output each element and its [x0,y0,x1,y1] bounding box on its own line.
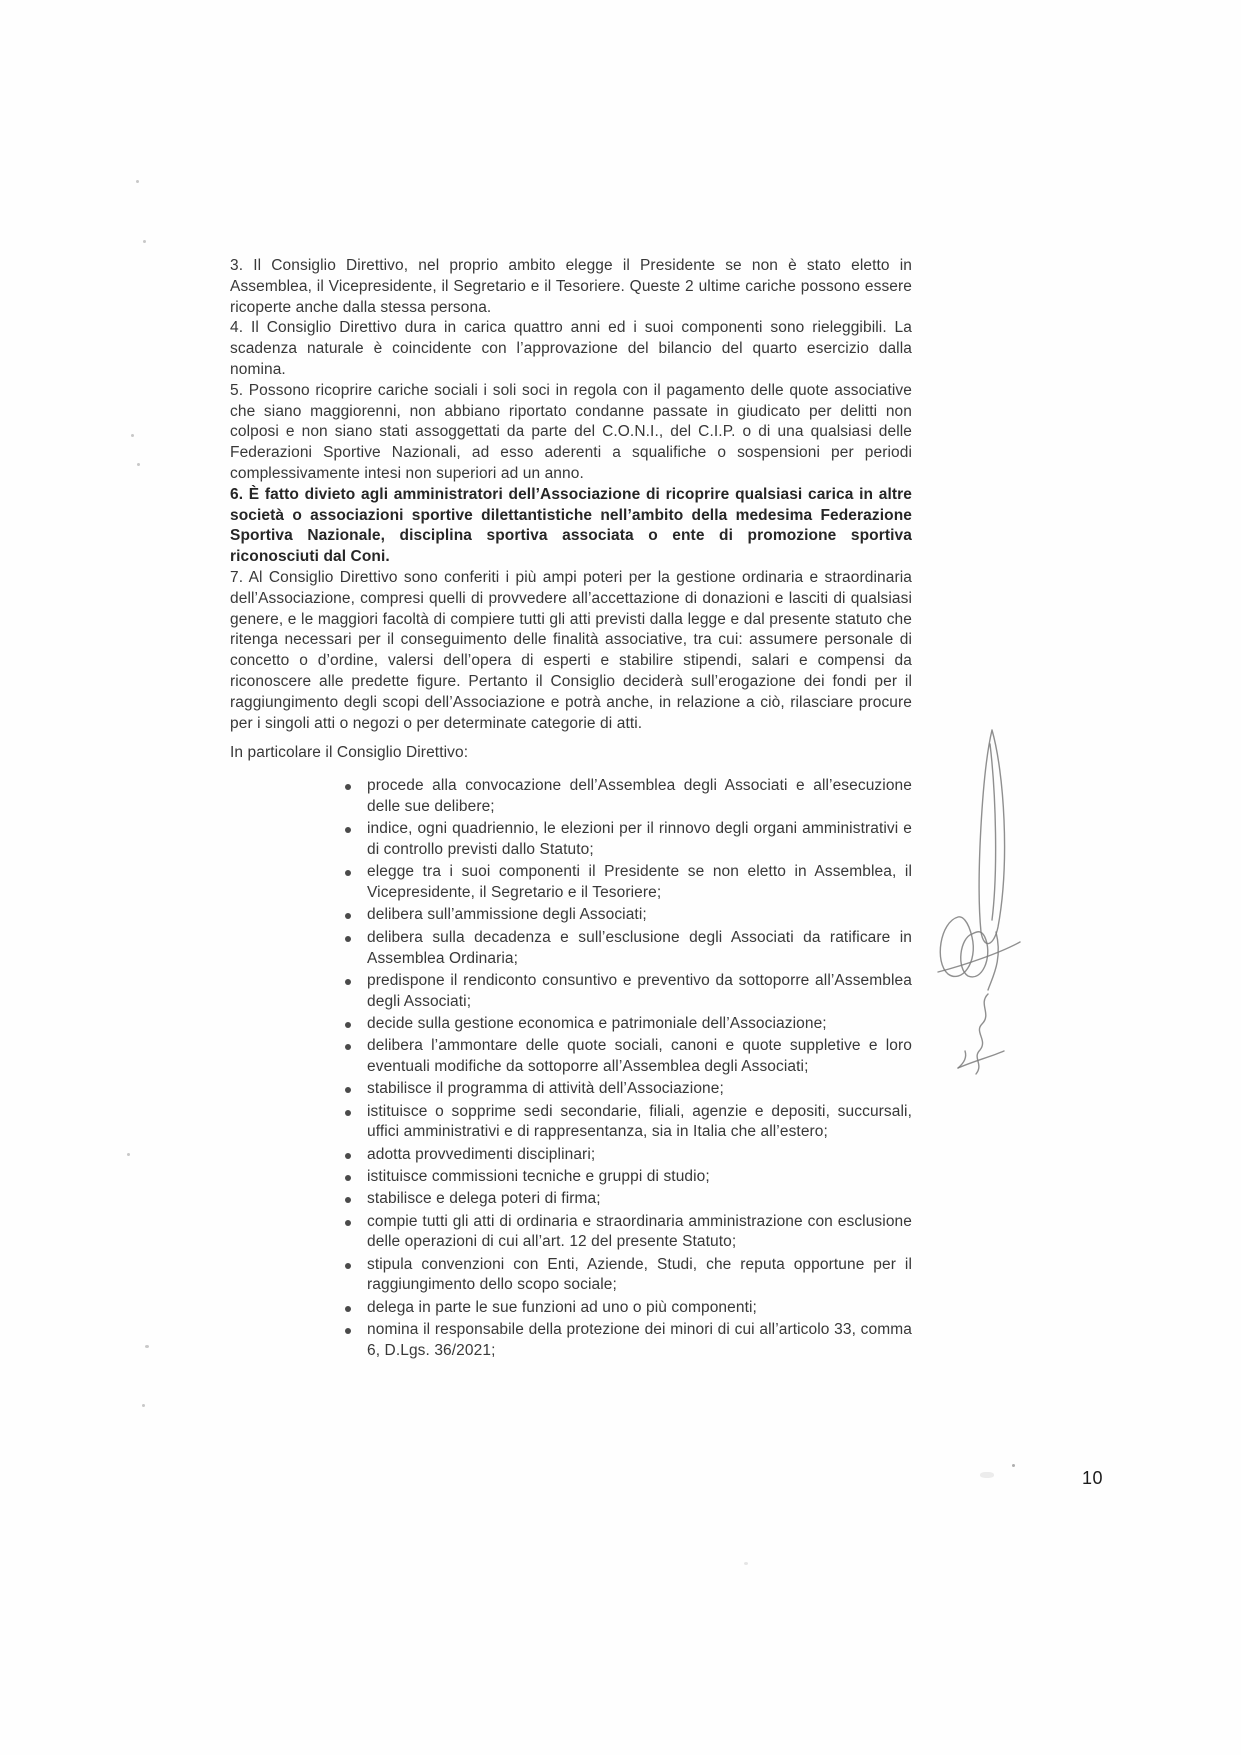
bullet-icon [345,870,351,876]
duty-item: predispone il rendiconto consuntivo e pr… [342,971,912,1013]
scanned-statute-page: 3. Il Consiglio Direttivo, nel proprio a… [0,0,1241,1755]
duty-item: adotta provvedimenti disciplinari; [342,1145,912,1166]
scan-artifact [127,1153,130,1156]
duty-item: delibera l’ammontare delle quote sociali… [342,1036,912,1078]
duty-text: procede alla convocazione dell’Assemblea… [367,777,912,815]
duty-text: stabilisce e delega poteri di firma; [367,1190,601,1207]
scan-artifact [142,1404,145,1407]
duty-item: stipula convenzioni con Enti, Aziende, S… [342,1255,912,1297]
scan-artifact [980,1472,994,1478]
bullet-icon [345,1175,351,1181]
duty-text: adotta provvedimenti disciplinari; [367,1146,595,1163]
bullet-icon [345,1022,351,1028]
duty-text: compie tutti gli atti di ordinaria e str… [367,1213,912,1251]
bullet-icon [345,936,351,942]
paragraph-4: 4. Il Consiglio Direttivo dura in carica… [230,318,912,380]
duties-list: procede alla convocazione dell’Assemblea… [342,776,912,1362]
duty-item: stabilisce e delega poteri di firma; [342,1189,912,1210]
duty-text: stabilisce il programma di attività dell… [367,1080,724,1097]
duty-text: predispone il rendiconto consuntivo e pr… [367,972,912,1010]
paragraph-7: 7. Al Consiglio Direttivo sono conferiti… [230,568,912,734]
duty-text: nomina il responsabile della protezione … [367,1321,912,1359]
scan-artifact [1012,1464,1015,1467]
paragraph-3: 3. Il Consiglio Direttivo, nel proprio a… [230,256,912,318]
statute-text-block: 3. Il Consiglio Direttivo, nel proprio a… [230,256,912,1363]
bullet-icon [345,1306,351,1312]
bullet-icon [345,827,351,833]
duty-text: decide sulla gestione economica e patrim… [367,1015,827,1032]
bullet-icon [345,1153,351,1159]
bullet-icon [345,913,351,919]
duty-item: nomina il responsabile della protezione … [342,1320,912,1362]
duty-text: delibera sull’ammissione degli Associati… [367,906,647,923]
scan-artifact [145,1345,149,1348]
duty-item: delega in parte le sue funzioni ad uno o… [342,1298,912,1319]
paragraph-5: 5. Possono ricoprire cariche sociali i s… [230,381,912,485]
duty-item: istituisce o sopprime sedi secondarie, f… [342,1102,912,1144]
scan-artifact [136,180,139,183]
bullet-icon [345,784,351,790]
duty-text: indice, ogni quadriennio, le elezioni pe… [367,820,912,858]
duty-text: istituisce commissioni tecniche e gruppi… [367,1168,710,1185]
duty-text: elegge tra i suoi componenti il Presiden… [367,863,912,901]
duty-item: compie tutti gli atti di ordinaria e str… [342,1212,912,1254]
duty-text: istituisce o sopprime sedi secondarie, f… [367,1103,912,1141]
bullet-icon [345,1044,351,1050]
duty-item: delibera sull’ammissione degli Associati… [342,905,912,926]
duty-text: delega in parte le sue funzioni ad uno o… [367,1299,757,1316]
paragraph-6-bold: 6. È fatto divieto agli amministratori d… [230,485,912,568]
page-number: 10 [1082,1468,1103,1489]
bullet-icon [345,1220,351,1226]
bullet-icon [345,1087,351,1093]
bullet-icon [345,1328,351,1334]
bullet-icon [345,1197,351,1203]
duty-item: elegge tra i suoi componenti il Presiden… [342,862,912,904]
duties-list-intro: In particolare il Consiglio Direttivo: [230,743,912,764]
scan-artifact [137,463,140,466]
scan-artifact [744,1562,748,1565]
duty-item: indice, ogni quadriennio, le elezioni pe… [342,819,912,861]
duty-text: delibera l’ammontare delle quote sociali… [367,1037,912,1075]
duty-item: stabilisce il programma di attività dell… [342,1079,912,1100]
scan-artifact [143,240,146,243]
duty-item: delibera sulla decadenza e sull’esclusio… [342,928,912,970]
duty-text: stipula convenzioni con Enti, Aziende, S… [367,1256,912,1294]
bullet-icon [345,1263,351,1269]
duty-text: delibera sulla decadenza e sull’esclusio… [367,929,912,967]
duty-item: decide sulla gestione economica e patrim… [342,1014,912,1035]
duty-item: procede alla convocazione dell’Assemblea… [342,776,912,818]
duty-item: istituisce commissioni tecniche e gruppi… [342,1167,912,1188]
scan-artifact [131,434,134,437]
bullet-icon [345,1110,351,1116]
signature [930,722,1030,1082]
bullet-icon [345,979,351,985]
